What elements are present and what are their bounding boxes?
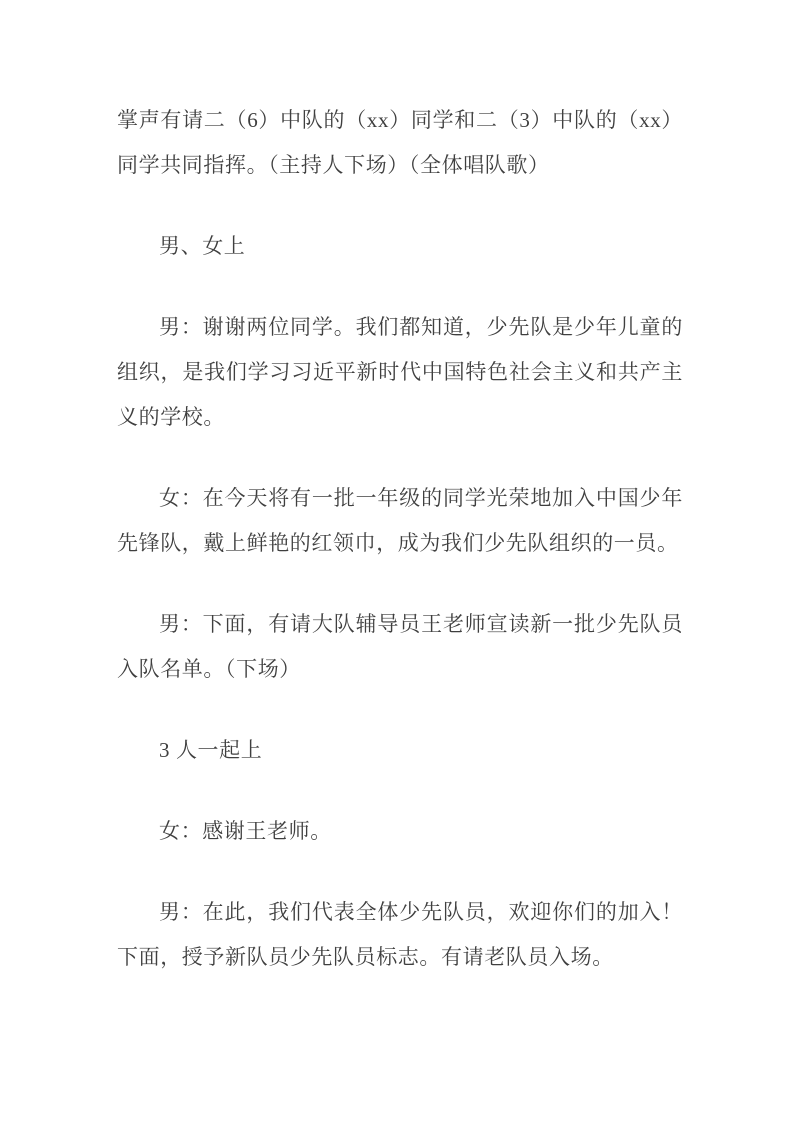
paragraph-conductor-invite: 掌声有请二（6）中队的（xx）同学和二（3）中队的（xx）同学共同指挥。（主持人… (117, 98, 683, 188)
paragraph-stage-direction-three-enter: 3 人一起上 (117, 728, 683, 773)
paragraph-male-host-namelist: 男：下面，有请大队辅导员王老师宣读新一批少先队员入队名单。（下场） (117, 602, 683, 692)
paragraph-female-host-thanks: 女：感谢王老师。 (117, 809, 683, 854)
paragraph-male-host-welcome: 男：在此，我们代表全体少先队员，欢迎你们的加入！下面，授予新队员少先队员标志。有… (117, 890, 683, 980)
document-page: 掌声有请二（6）中队的（xx）同学和二（3）中队的（xx）同学共同指挥。（主持人… (0, 0, 793, 1122)
paragraph-female-host-join: 女：在今天将有一批一年级的同学光荣地加入中国少年先锋队，戴上鲜艳的红领巾，成为我… (117, 476, 683, 566)
paragraph-male-host-intro: 男：谢谢两位同学。我们都知道，少先队是少年儿童的组织，是我们学习习近平新时代中国… (117, 305, 683, 440)
document-content: 掌声有请二（6）中队的（xx）同学和二（3）中队的（xx）同学共同指挥。（主持人… (117, 98, 683, 1016)
paragraph-stage-direction-both-enter: 男、女上 (117, 224, 683, 269)
